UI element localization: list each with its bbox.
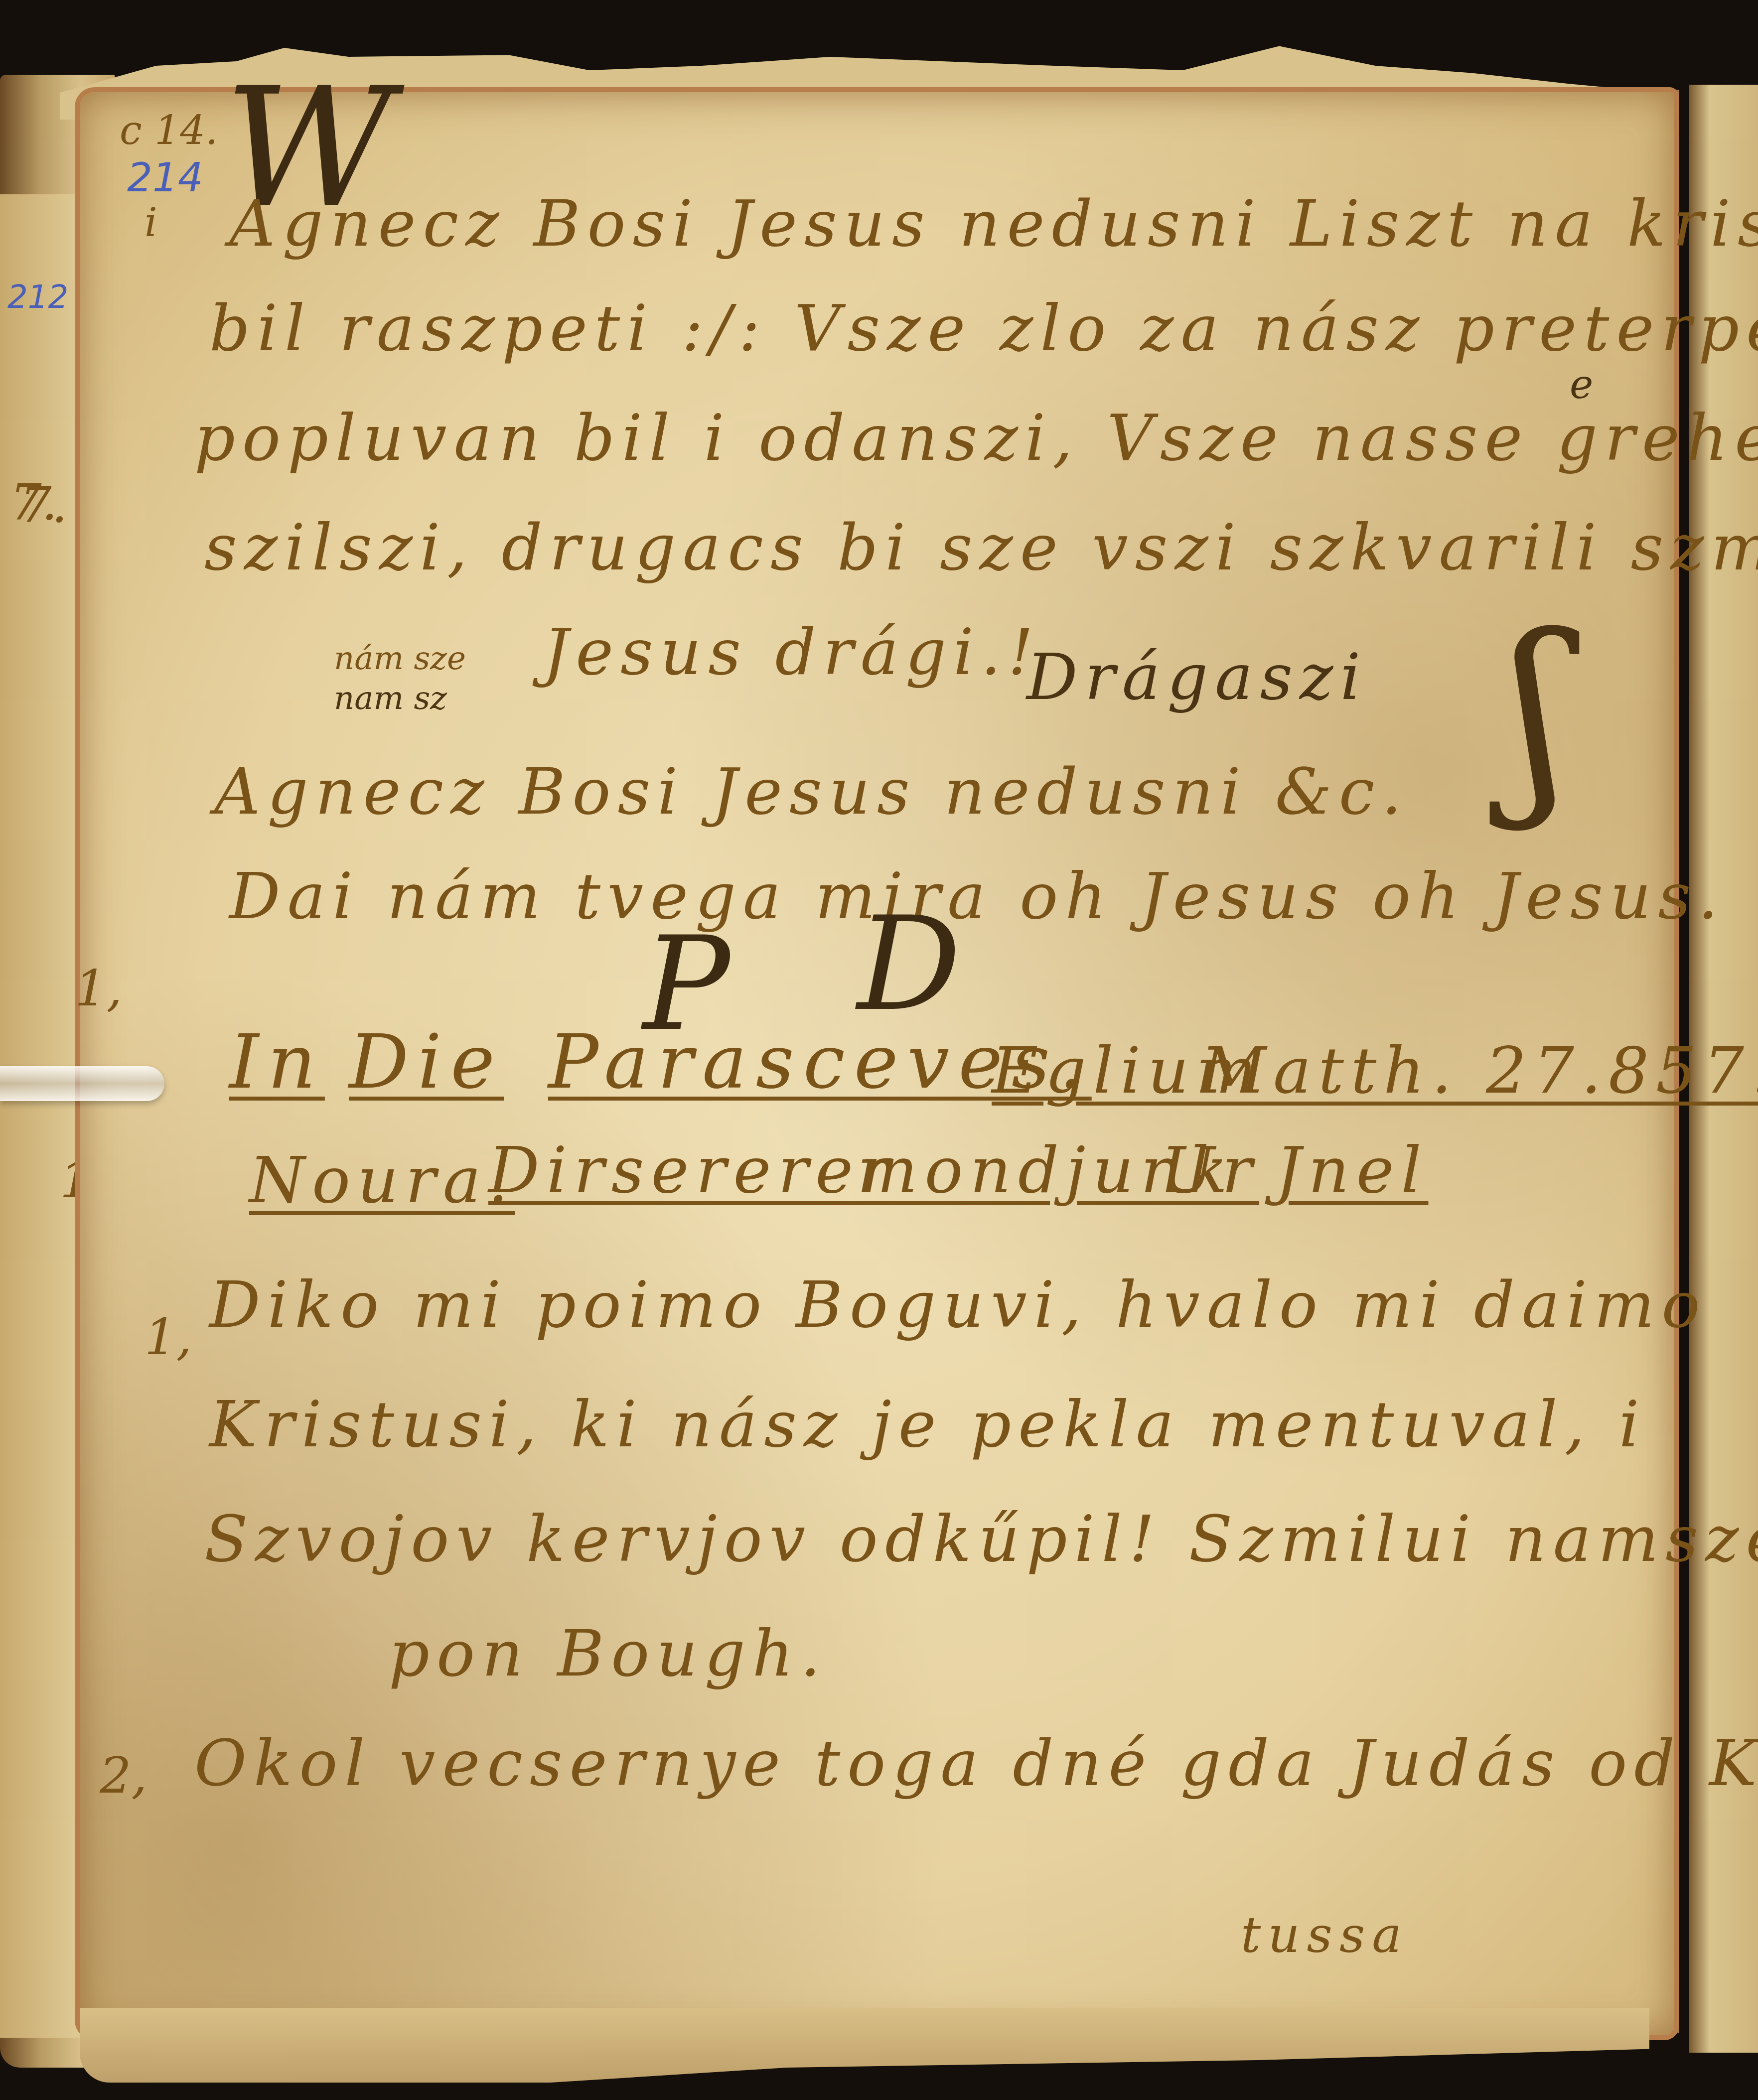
stanza2-line-1: Diko mi poimo Boguvi, hvalo mi daimo — [209, 1268, 1707, 1342]
stanza2-line-4: pon Bough. — [389, 1617, 828, 1691]
prev-leaf-folio-number: 212 — [7, 279, 68, 316]
stanza1-line-4: szilszi, drugacs bi sze vszi szkvarili s… — [204, 511, 1758, 585]
interlinear-correction-above: nám sze — [334, 640, 466, 677]
plastic-page-holder — [0, 1066, 164, 1101]
right-margin-brace: ʃ — [1510, 590, 1567, 834]
stanza2-number: 1, — [145, 1308, 192, 1366]
page-bottom-edge — [80, 2008, 1649, 2083]
stanza1-line-1: Agnecz Bosi Jesus nedusni Liszt na kris — [229, 187, 1758, 261]
heading-reference: Matth. 27.857. — [1201, 1034, 1758, 1108]
stanza2-line-3: Szvojov kervjov odkűpil! Szmilui namsze … — [204, 1502, 1758, 1576]
interlinear-correction-below: nam sz — [334, 680, 447, 717]
margin-number-7: 7. — [20, 476, 67, 534]
melody-tune: Dirsererer — [488, 1133, 897, 1208]
folio-pencil-number: 214 — [127, 154, 203, 201]
refrain-line-1: Agnecz Bosi Jesus nedusni &c. — [214, 755, 1409, 829]
margin-mark-i: i — [145, 199, 157, 246]
stanza1-line-5: Jesus drági.! — [543, 615, 1040, 690]
stanza3-number: 2, — [100, 1746, 147, 1805]
decorative-initial-d: D — [857, 889, 961, 1040]
stanza3-line-1: Okol vecsernye toga dné gda Judás od Kri… — [194, 1726, 1758, 1801]
margin-number-1: 1, — [75, 959, 122, 1017]
folio-ink-number: c 14. — [120, 107, 218, 153]
melody-jnel: Jnel — [1276, 1133, 1428, 1208]
refrain-line-2: Dai nám tvega mira oh Jesus oh Jesus. — [229, 859, 1725, 934]
stanza2-line-2: Kristusi, ki nász je pekla mentuval, i — [209, 1388, 1646, 1462]
manuscript-page: c 14. 214 i W Agnecz Bosi Jesus nedusni … — [75, 87, 1679, 2040]
heading-die: Die — [349, 1019, 504, 1106]
stanza1-line-2: bil raszpeti :/: Vsze zlo za nász preter… — [209, 291, 1758, 366]
manuscript-scene: 212 7. 1, c 14. 214 i W Agnecz Bosi Jesu… — [0, 0, 1758, 2100]
melody-ur: Ur — [1161, 1133, 1259, 1208]
melody-noura: Noura. — [249, 1143, 515, 1218]
heading-in: In — [229, 1019, 325, 1106]
catchword: tussa — [1241, 1906, 1409, 1964]
marginal-insertion-dragaszi: Drágaszi — [1026, 640, 1367, 714]
stanza1-line-3: popluvan bil i odanszi, Vsze nasse grehe… — [194, 401, 1758, 475]
